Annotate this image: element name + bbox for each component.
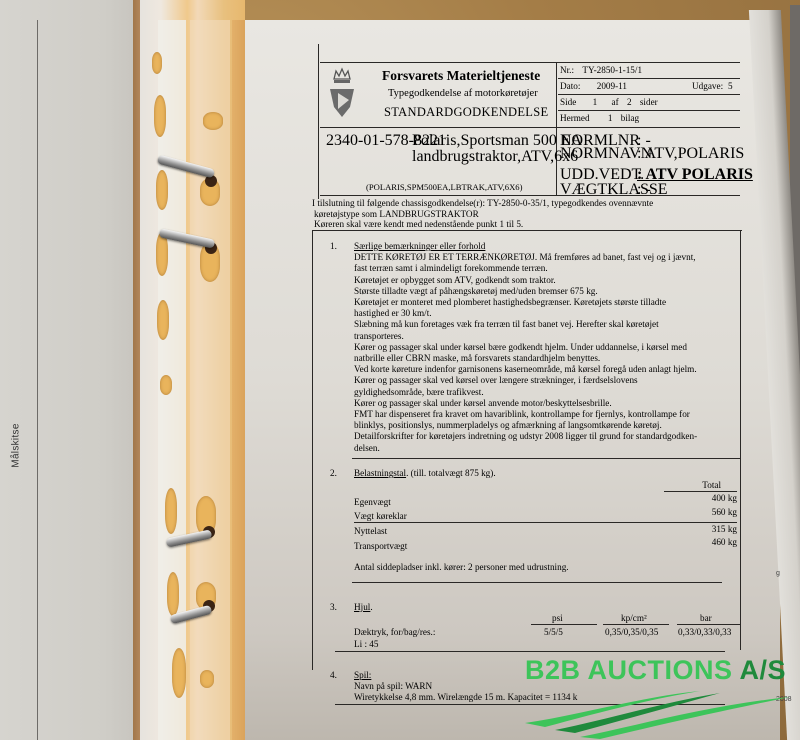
- remark-line: Detailforskrifter for køretøjers indretn…: [354, 431, 734, 442]
- header-left-border: [318, 44, 319, 199]
- next-page-fragment: g: [776, 570, 780, 577]
- punch-hole: [200, 670, 214, 688]
- weight-label: Vægt køreklar: [354, 511, 407, 521]
- hermed-label: Hermed: [560, 111, 590, 126]
- sheet-gutter: [232, 20, 246, 740]
- remark-line: Køretøjet er opbygget som ATV, godkendt …: [354, 275, 734, 286]
- remark-line: Køretøjet er monteret med plomberet hast…: [354, 297, 734, 308]
- punch-hole: [154, 95, 166, 137]
- header-divider: [556, 63, 557, 127]
- remark-line: fast terræn samt i almindeligt forekomme…: [354, 263, 734, 274]
- section-1-lines: DETTE KØRETØJ ER ET TERRÆNKØRETØJ. Må fr…: [354, 252, 734, 454]
- intro-text: I tilslutning til følgende chassisgodken…: [312, 198, 742, 230]
- remark-line: Kører og passager skal under kørsel bære…: [354, 342, 734, 353]
- unit-rule: [677, 624, 740, 625]
- weight-value: 315 kg: [712, 524, 737, 534]
- field-vaegtklasse-label: VÆGTKLASSE: [560, 181, 668, 199]
- intro-line: I tilslutning til følgende chassisgodken…: [312, 198, 742, 209]
- unit-bar: bar: [700, 613, 712, 624]
- remark-line: DETTE KØRETØJ ER ET TERRÆNKØRETØJ. Må fr…: [354, 252, 734, 263]
- remark-line: Største tilladte vægt af påhængskøretøj …: [354, 286, 734, 297]
- intro-line: Køreren skal være kendt med nedenstående…: [312, 219, 742, 230]
- document-meta: Nr.: TY-2850-1-15/1 Dato: 2009-11 Udgave…: [558, 63, 740, 126]
- sider-label: sider: [640, 95, 658, 110]
- pressure-label: Dæktryk, for/bag/res.:: [354, 627, 435, 638]
- udgave-value: 5: [728, 79, 733, 94]
- organization-name: Forsvarets Materieltjeneste: [382, 68, 540, 84]
- section-1-body: Særlige bemærkninger eller forhold DETTE…: [354, 241, 734, 454]
- ident-bottom-rule: [320, 195, 740, 196]
- weight-value: 400 kg: [712, 493, 737, 503]
- unit-rule: [603, 624, 669, 625]
- weight-label: Egenvægt: [354, 497, 391, 507]
- meta-dato: Dato: 2009-11 Udgave: 5: [558, 79, 740, 95]
- nr-label: Nr.:: [560, 63, 574, 78]
- remark-line: delsen.: [354, 443, 734, 454]
- model-line-2: landbrugstraktor,ATV,6x6: [412, 148, 578, 166]
- section-number: 4.: [330, 670, 337, 681]
- punch-hole: [160, 375, 172, 395]
- b2b-auctions-watermark: B2B AUCTIONS A/S: [520, 655, 800, 740]
- weight-row: Nyttelast 315 kg: [354, 524, 737, 536]
- side-label: Side: [560, 95, 576, 110]
- remark-line: natbrille eller CBRN maske, må forsvaret…: [354, 353, 734, 364]
- body-left-border: [312, 230, 313, 670]
- remark-line: transporteres.: [354, 331, 734, 342]
- weight-row: Vægt køreklar 560 kg: [354, 507, 737, 519]
- document-type: STANDARDGODKENDELSE: [384, 105, 548, 120]
- left-binder-page: [0, 0, 150, 740]
- af-label: af: [612, 95, 619, 110]
- pressure-psi: 5/5/5: [544, 627, 563, 638]
- vehicle-identification: 2340-01-578-8221 Polaris,Sportsman 500 E…: [320, 126, 740, 196]
- seats-text: Antal siddepladser inkl. kører: 2 person…: [354, 562, 734, 573]
- section-title: Belastningstal: [354, 468, 406, 478]
- vehicle-code: (POLARIS,SPM500EA,LBTRAK,ATV,6X6): [366, 182, 522, 192]
- intro-line: køretøjstype som LANDBRUGSTRAKTOR: [312, 209, 742, 220]
- load-index-text: Li : 45: [354, 639, 734, 650]
- meta-side: Side 1 af 2 sider: [558, 95, 740, 111]
- section-3-title: Hjul.: [354, 602, 734, 613]
- left-page-margin-line: [37, 20, 38, 740]
- dato-value: 2009-11: [597, 79, 627, 94]
- column-header-total: Total: [702, 480, 721, 490]
- section-title-suffix: .: [370, 602, 372, 612]
- meta-hermed: Hermed 1 bilag: [558, 111, 740, 126]
- watermark-suffix: A/S: [740, 655, 787, 685]
- unit-rule: [531, 624, 597, 625]
- body-top-rule: [312, 230, 742, 231]
- weight-label: Nyttelast: [354, 526, 387, 536]
- hermed-value: 1: [608, 111, 613, 126]
- unit-psi: psi: [552, 613, 563, 624]
- remark-line: blinklys, positionslys, nummerpladelys o…: [354, 420, 734, 431]
- subtotal-rule: [354, 522, 737, 523]
- watermark-text: B2B AUCTIONS A/S: [525, 655, 786, 686]
- nr-value: TY-2850-1-15/1: [582, 63, 642, 78]
- weight-row: Transportvægt 460 kg: [354, 537, 737, 549]
- section-3-rule: [335, 651, 725, 652]
- bilag-label: bilag: [621, 111, 639, 126]
- document-header: Forsvarets Materieltjeneste Typegodkende…: [320, 62, 740, 128]
- punch-hole: [167, 572, 179, 616]
- section-2-title: Belastningstal. (till. totalvægt 875 kg)…: [354, 468, 734, 479]
- remark-line: gyldighedsområde, bære trafikvest.: [354, 387, 734, 398]
- section-number: 2.: [330, 468, 337, 479]
- remark-line: hastighed er 30 km/t.: [354, 308, 734, 319]
- weight-row: Egenvægt 400 kg: [354, 493, 737, 505]
- section-title: Hjul: [354, 602, 370, 612]
- section-number: 1.: [330, 241, 337, 252]
- field-normnavn-value: : ATV,POLARIS: [637, 145, 744, 163]
- remark-line: Ved korte køreture indenfor garnisonens …: [354, 364, 734, 375]
- section-title: Særlige bemærkninger eller forhold: [354, 241, 734, 252]
- side-value: 1: [593, 95, 598, 110]
- weight-label: Transportvægt: [354, 541, 407, 551]
- left-page-label: Målskitse: [11, 423, 22, 467]
- af-value: 2: [627, 95, 632, 110]
- meta-nr: Nr.: TY-2850-1-15/1: [558, 63, 740, 79]
- section-2-rule: [352, 582, 722, 583]
- crown-shield-emblem-icon: [328, 67, 356, 121]
- punch-hole: [152, 52, 162, 74]
- remark-line: Slæbning må kun foretages væk fra terræn…: [354, 319, 734, 330]
- udgave-label: Udgave:: [692, 79, 723, 94]
- punch-hole: [156, 170, 168, 210]
- pressure-bar: 0,33/0,33/0,33: [678, 627, 731, 638]
- section-number: 3.: [330, 602, 337, 613]
- punch-hole: [203, 112, 223, 130]
- watermark-brand: B2B AUCTIONS: [525, 655, 733, 685]
- header-rule: [664, 491, 737, 492]
- weight-value: 460 kg: [712, 537, 737, 547]
- body-right-border: [740, 230, 741, 650]
- weight-value: 560 kg: [712, 507, 737, 517]
- punch-hole: [172, 648, 186, 698]
- swoosh-icon: [520, 685, 800, 740]
- field-vaegtklasse-value: : -: [637, 181, 651, 199]
- section-1-rule: [352, 458, 740, 459]
- dato-label: Dato:: [560, 79, 580, 94]
- remark-line: Kører og passager skal ved kørsel over l…: [354, 375, 734, 386]
- document-subtitle: Typegodkendelse af motorkøretøjer: [388, 88, 538, 99]
- punch-hole: [165, 488, 177, 534]
- unit-kpcm2: kp/cm²: [621, 613, 647, 624]
- remark-line: Kører og passager skal under kørsel anve…: [354, 398, 734, 409]
- remark-line: FMT har dispenseret fra kravet om havari…: [354, 409, 734, 420]
- section-title-suffix: . (till. totalvægt 875 kg).: [406, 468, 496, 478]
- punch-hole: [157, 300, 169, 340]
- pressure-kpcm2: 0,35/0,35/0,35: [605, 627, 658, 638]
